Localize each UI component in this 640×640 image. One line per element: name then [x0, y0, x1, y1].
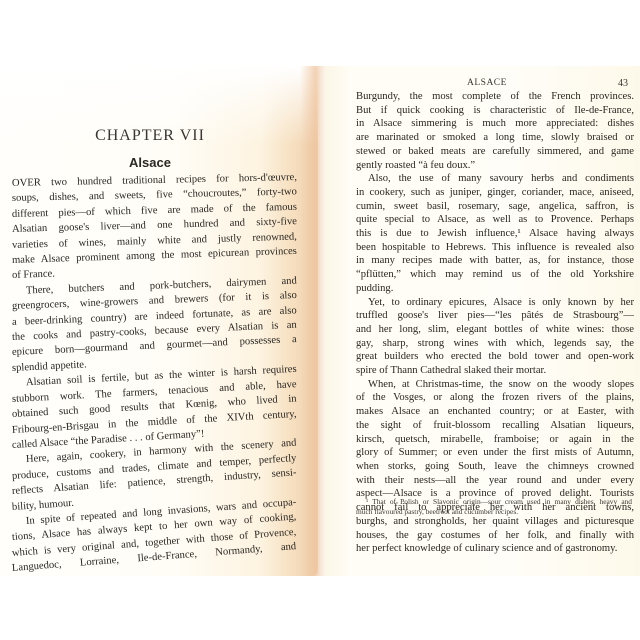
- text-line: great builders who erected the bold towe…: [356, 350, 634, 364]
- text-line: the sight of fruit-blossom recalling Als…: [356, 419, 634, 433]
- text-line: been hospitable to Hebrews. This influen…: [356, 241, 634, 255]
- text-line: truffled goose's liver pies—“les pâtés d…: [356, 309, 634, 323]
- text-line: Yet, to ordinary epicures, Alsace is onl…: [356, 296, 634, 310]
- text-line: quite special to Alsace, as well as to P…: [356, 213, 634, 227]
- text-line: her perfect knowledge of culinary scienc…: [356, 542, 634, 556]
- text-line: when storks, going South, leave the chim…: [356, 460, 634, 474]
- footnote-line: much flavoured pastry, beetroot and cucu…: [356, 507, 632, 517]
- footnote-line: ¹ That of Polish or Slavonic origin—sour…: [356, 497, 632, 507]
- text-line: and her long, slim, elegant bottles of w…: [356, 323, 634, 337]
- text-line: Also, the use of many savoury herbs and …: [356, 172, 634, 186]
- text-line: glory of Summer; or even under the first…: [356, 446, 634, 460]
- text-line: houses, the gay costumes of her folk, an…: [356, 529, 634, 543]
- text-line: kirsch, quetsch, mirabelle, framboise; o…: [356, 433, 634, 447]
- text-line: When, at Christmas-time, the snow on the…: [356, 378, 634, 392]
- text-line: “pflütten,” which may remind us of the o…: [356, 268, 634, 282]
- chapter-number: CHAPTER VII: [0, 127, 300, 145]
- left-page-body: OVER two hundred traditional recipes for…: [12, 176, 297, 577]
- text-line: pudding.: [356, 282, 634, 296]
- text-line: gently roasted “à feu doux.”: [356, 159, 634, 173]
- running-head: ALSACE: [467, 78, 507, 88]
- text-line: But if quick cooking is characteristic o…: [356, 104, 634, 118]
- text-line: Burgundy, the most complete of the Frenc…: [356, 90, 634, 104]
- book-spread: CHAPTER VII Alsace OVER two hundred trad…: [0, 0, 640, 640]
- text-line: are marinated or smoked a long time, slo…: [356, 131, 634, 145]
- text-line: with their nests—all the year round and …: [356, 474, 634, 488]
- text-line: stewed or baked meats are carefully simm…: [356, 145, 634, 159]
- book-gutter: [300, 66, 326, 576]
- chapter-title: Alsace: [0, 155, 300, 170]
- text-line: this is due to Jewish influence,¹ Alsace…: [356, 227, 634, 241]
- text-line: in many recipes made with batter, as, fo…: [356, 254, 634, 268]
- text-line: spire of Thann Cathedral slaked their mo…: [356, 364, 634, 378]
- page-number: 43: [618, 78, 628, 89]
- text-line: of the Vosges, or along the frozen river…: [356, 391, 634, 405]
- footnote: ¹ That of Polish or Slavonic origin—sour…: [356, 497, 632, 516]
- text-line: gay, sharp, strong wines with which, leg…: [356, 337, 634, 351]
- text-line: in Alsace simmering is much more appreci…: [356, 117, 634, 131]
- right-page-body: Burgundy, the most complete of the Frenc…: [356, 90, 634, 556]
- text-line: makes Alsace an enchanted country; or at…: [356, 405, 634, 419]
- text-line: cumin, sweet basil, rosemary, sage, ange…: [356, 200, 634, 214]
- text-line: burghs, and strongholds, her quaint vill…: [356, 515, 634, 529]
- text-line: in cookery, such as juniper, ginger, cor…: [356, 186, 634, 200]
